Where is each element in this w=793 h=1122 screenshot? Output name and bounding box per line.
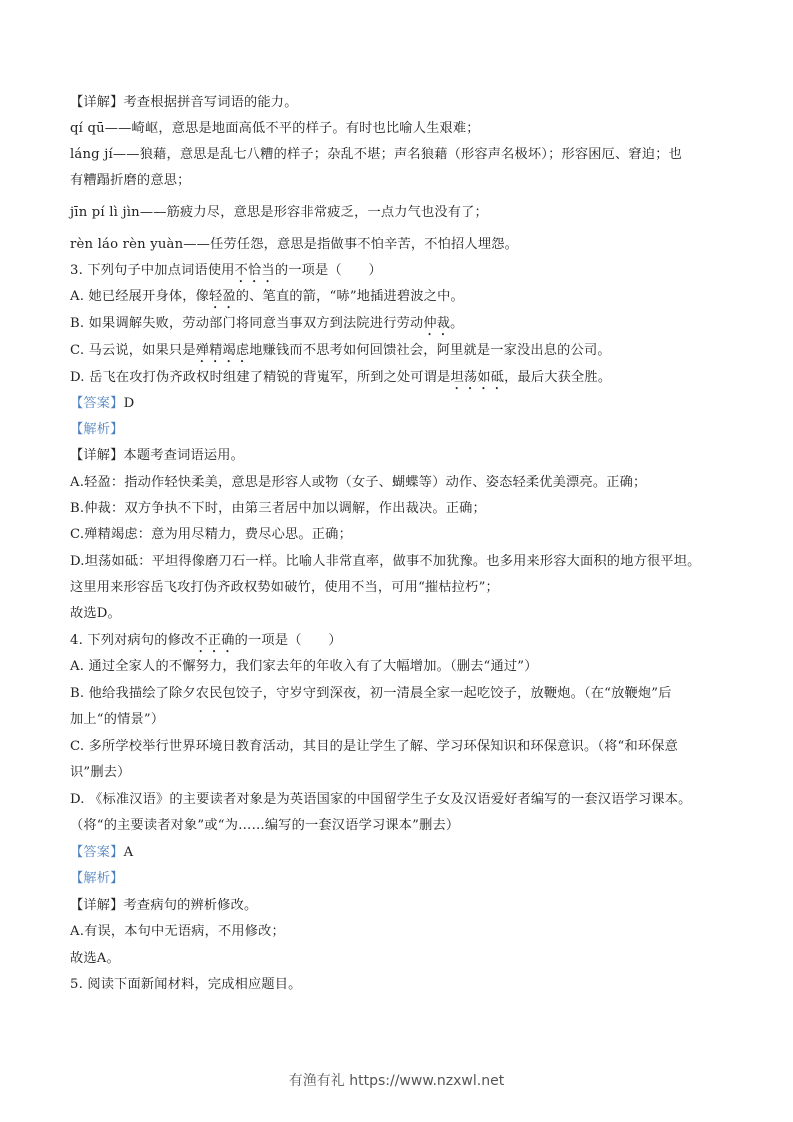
q4-option-line: B. 他给我描绘了除夕农民包饺子，守岁守到深夜，初一清晨全家一起吃饺子，放鞭炮。… [70, 685, 672, 703]
option-text: 。 [450, 316, 463, 331]
q4-analysis-label: 【解析】 [70, 870, 124, 888]
answer-value: A [124, 845, 134, 860]
answer-value: D [124, 396, 135, 411]
answer-label: 【答案】 [70, 845, 124, 860]
pinyin-line-langji: láng jí——狼藉，意思是乱七八糟的样子；杂乱不堪；声名狼藉（形容声名极坏）… [70, 146, 682, 164]
q4-detail-line: 故选A。 [70, 950, 120, 968]
q3-option-c: C. 马云说，如果只是殚精竭虑地赚钱而不思考如何回馈社会，阿里就是一家没出息的公… [70, 342, 611, 366]
option-text: 的、笔直的箭，“哧”地插进碧波之中。 [236, 289, 464, 304]
q3-detail-line: C.殚精竭虑：意为用尽精力，费尽心思。正确； [70, 526, 352, 544]
q3-option-b: B. 如果调解失败，劳动部门将同意当事双方到法院进行劳动仲裁。 [70, 315, 464, 339]
q3-analysis-label: 【解析】 [70, 421, 124, 439]
q4-option-line: 识”删去） [70, 764, 131, 782]
option-text: A. 她已经展开身体，像 [70, 289, 209, 304]
option-emphasis: 殚精竭虑 [196, 343, 250, 358]
option-emphasis: 仲裁 [423, 316, 450, 331]
q3-detail-line: 【详解】本题考查词语运用。 [70, 447, 244, 465]
q4-option-line: （将“的主要读者对象”或“为……编写的一套汉语学习课本”删去） [70, 817, 459, 835]
q4-option-line: A. 通过全家人的不懈努力，我们家去年的年收入有了大幅增加。（删去“通过”） [70, 658, 538, 676]
option-text: D. 岳飞在攻打伪齐政权时组建了精锐的背嵬军，所到之处可谓是 [70, 370, 451, 385]
option-emphasis: 轻盈 [209, 289, 236, 304]
q3-stem-pre: 3. 下列句子中加点词语使用 [70, 263, 235, 278]
q4-stem-emphasis: 不正确 [194, 633, 234, 648]
option-text: C. 马云说，如果只是 [70, 343, 196, 358]
pinyin-line-jinpilijin: jīn pí lì jìn——筋疲力尽，意思是形容非常疲乏，一点力气也没有了； [70, 204, 488, 222]
q4-stem-post: 的一项是（ ） [235, 633, 342, 648]
detail-heading: 【详解】考查根据拼音写词语的能力。 [70, 94, 298, 112]
q3-detail-line: 故选D。 [70, 605, 121, 623]
q4-option-line: D. 《标准汉语》的主要读者对象是为英语国家的中国留学生子女及汉语爱好者编写的一… [70, 791, 692, 809]
pinyin-line-qiqu: qí qū——崎岖，意思是地面高低不平的样子。有时也比喻人生艰难； [70, 120, 480, 138]
pinyin-line-renlaorenyuan: rèn láo rèn yuàn——任劳任怨，意思是指做事不怕辛苦，不怕招人埋怨… [70, 236, 518, 254]
q5-stem: 5. 阅读下面新闻材料，完成相应题目。 [70, 976, 302, 994]
q4-option-line: 加上“的情景”） [70, 711, 164, 729]
q3-stem-emphasis: 不恰当 [235, 263, 275, 278]
q3-option-d: D. 岳飞在攻打伪齐政权时组建了精锐的背嵬军，所到之处可谓是坦荡如砥，最后大获全… [70, 369, 611, 393]
q3-stem: 3. 下列句子中加点词语使用不恰当的一项是（ ） [70, 262, 382, 286]
option-text: ，最后大获全胜。 [504, 370, 611, 385]
q3-option-a: A. 她已经展开身体，像轻盈的、笔直的箭，“哧”地插进碧波之中。 [70, 288, 464, 312]
option-emphasis: 坦荡如砥 [451, 370, 505, 385]
option-text: B. 如果调解失败，劳动部门将同意当事双方到法院进行劳动 [70, 316, 423, 331]
q3-answer: 【答案】D [70, 395, 134, 413]
footer-watermark: 有渔有礼 https://www.nzxwl.net [0, 1070, 793, 1090]
q3-detail-line: D.坦荡如砥：平坦得像磨刀石一样。比喻人非常直率，做事不加犹豫。也多用来形容大面… [70, 553, 701, 571]
answer-label: 【答案】 [70, 396, 124, 411]
q3-detail-line: 这里用来形容岳飞攻打伪齐政权势如破竹，使用不当，可用“摧枯拉朽”； [70, 579, 499, 597]
q4-detail-line: 【详解】考查病句的辨析修改。 [70, 897, 257, 915]
q3-detail-line: B.仲裁：双方争执不下时，由第三者居中加以调解，作出裁决。正确； [70, 500, 486, 518]
q3-stem-post: 的一项是（ ） [275, 263, 382, 278]
q3-detail-line: A.轻盈：指动作轻快柔美，意思是形容人或物（女子、蝴蝶等）动作、姿态轻柔优美漂亮… [70, 474, 646, 492]
q4-answer: 【答案】A [70, 844, 133, 862]
option-text: 地赚钱而不思考如何回馈社会，阿里就是一家没出息的公司。 [249, 343, 610, 358]
q4-detail-line: A.有误，本句中无语病，不用修改； [70, 923, 285, 941]
q4-stem-pre: 4. 下列对病句的修改 [70, 633, 194, 648]
q4-option-line: C. 多所学校举行世界环境日教育活动，其目的是让学生了解、学习环保知识和环保意识… [70, 738, 678, 756]
pinyin-line-langji-cont: 有糟蹋折磨的意思； [70, 172, 191, 190]
q4-stem: 4. 下列对病句的修改不正确的一项是（ ） [70, 632, 342, 656]
